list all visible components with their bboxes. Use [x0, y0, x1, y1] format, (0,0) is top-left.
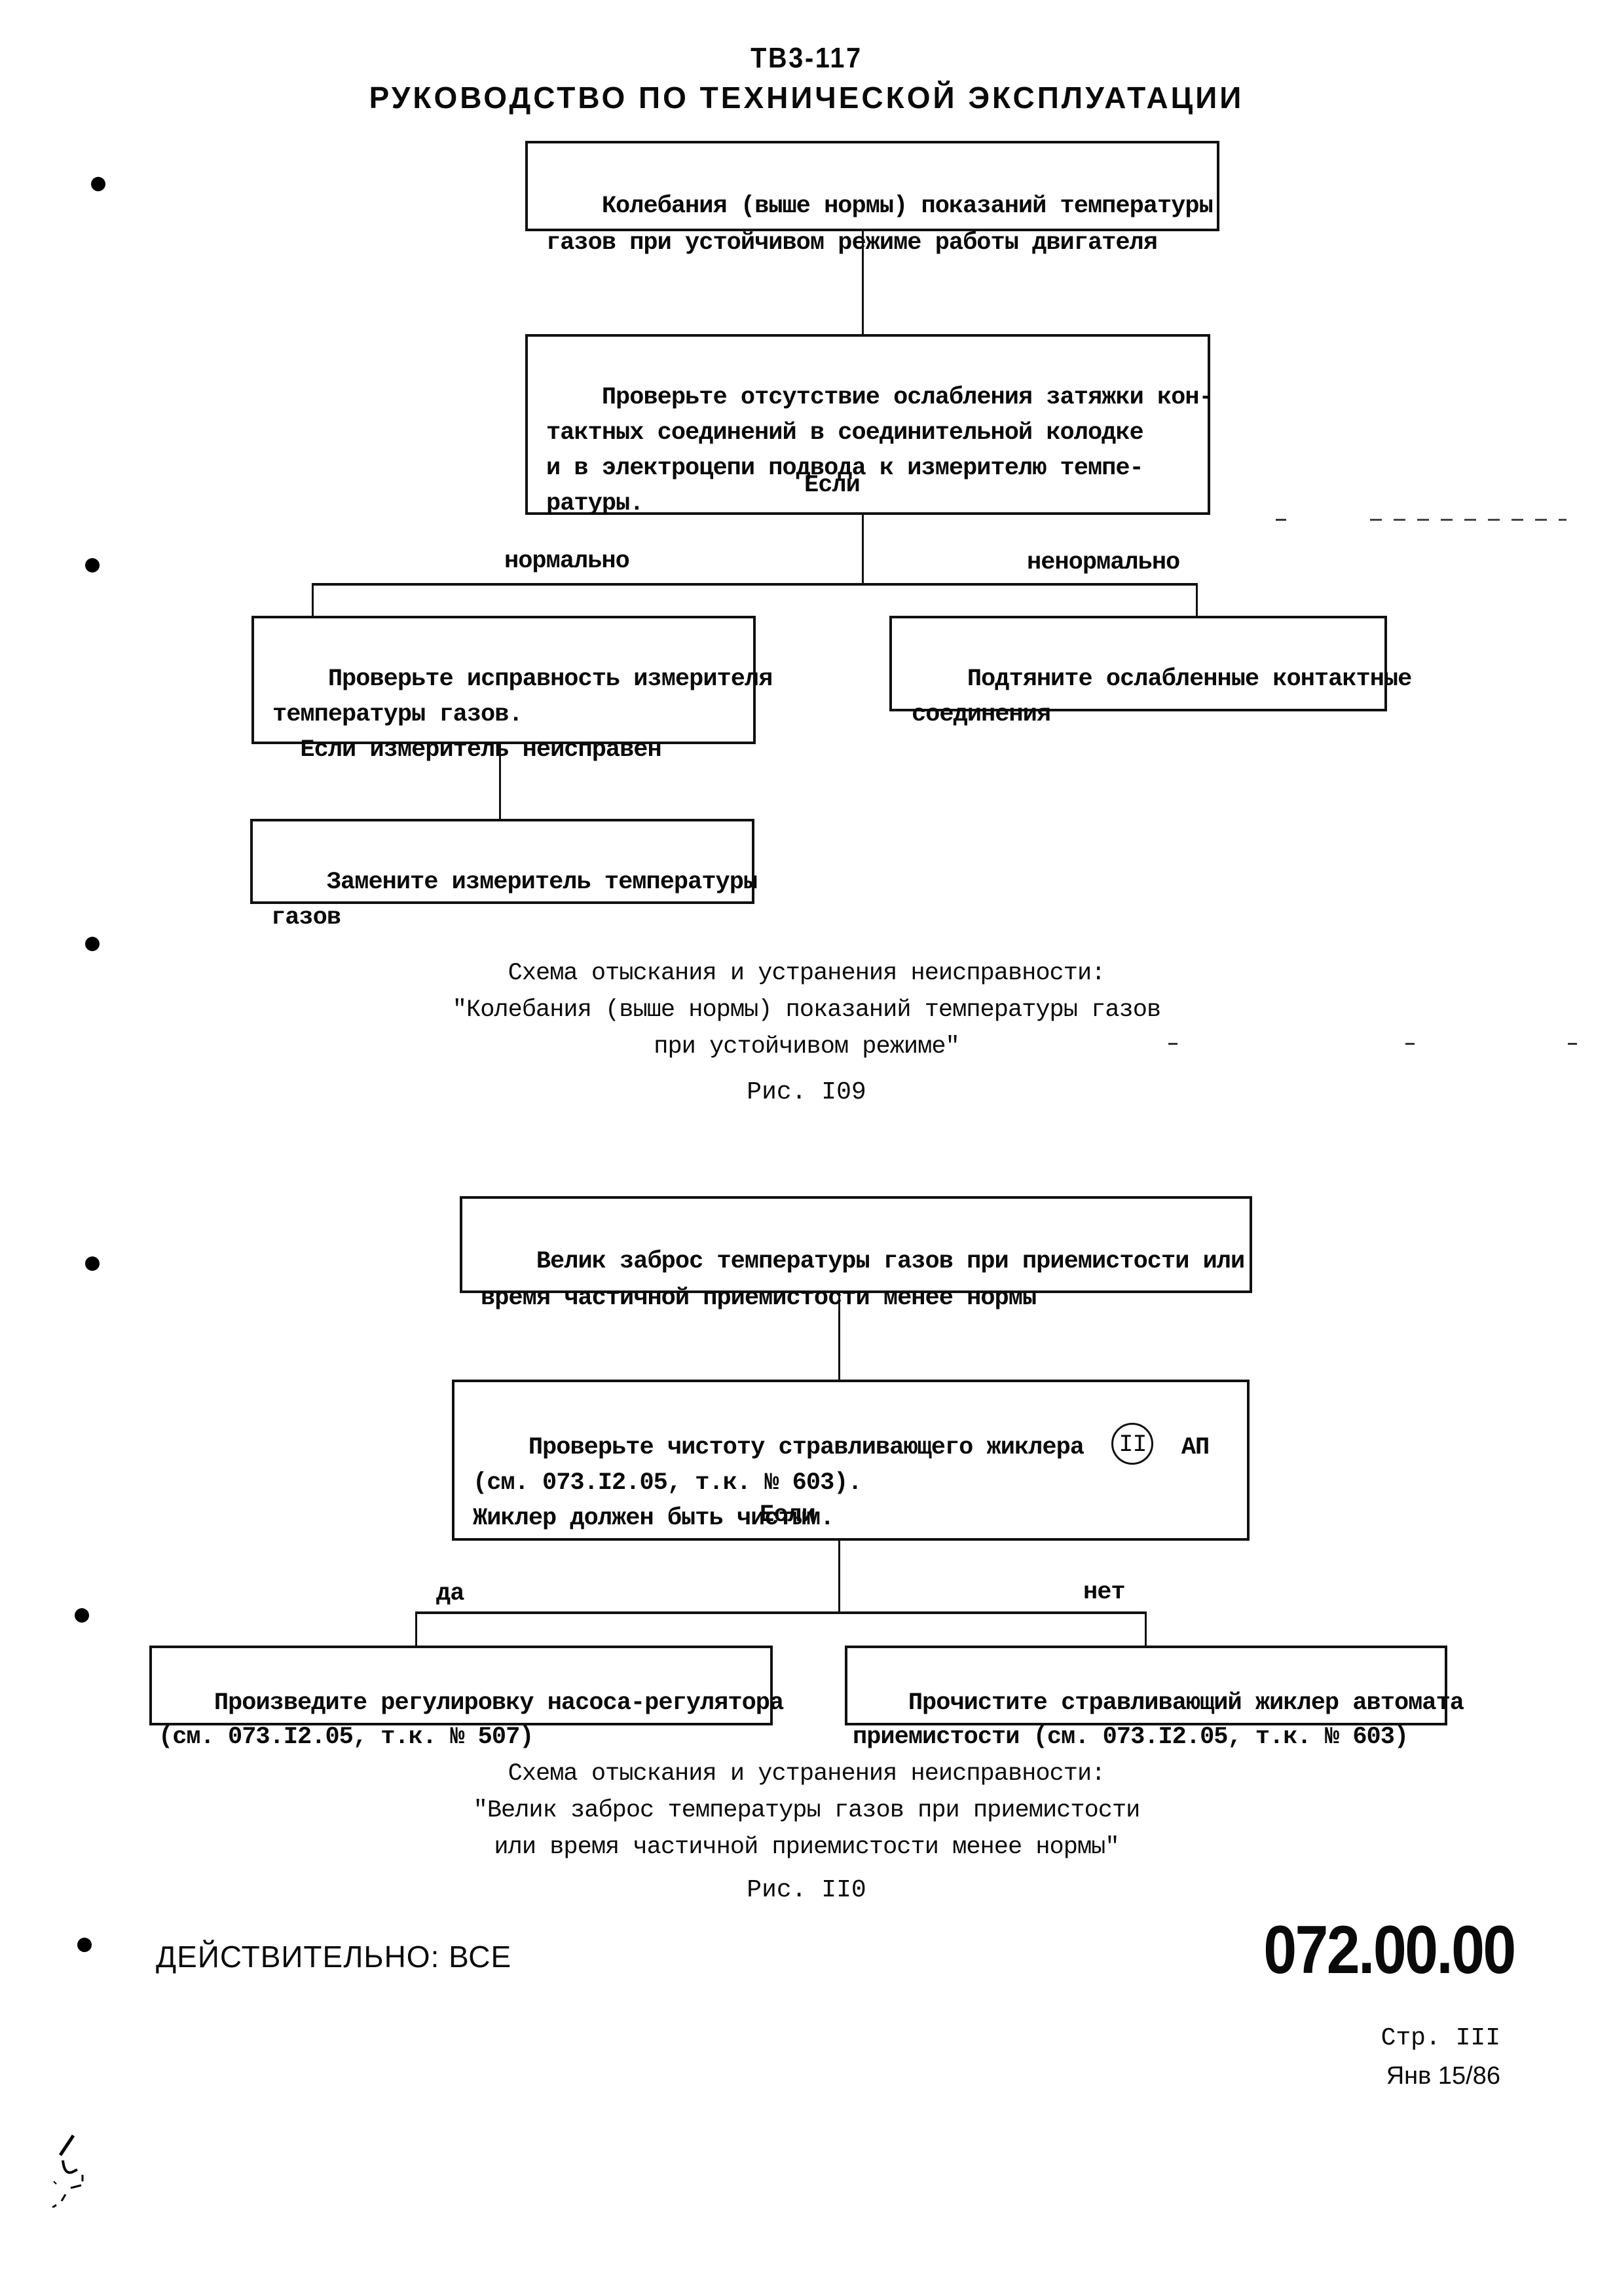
- caption-line: Схема отыскания и устранения неисправнос…: [508, 1760, 1105, 1788]
- figure-109-label: Рис. I09: [0, 1078, 1613, 1106]
- check-contacts-box: Проверьте отсутствие ослабления затяжки …: [525, 334, 1210, 515]
- figure-109-caption: Схема отыскания и устранения неисправнос…: [0, 955, 1613, 1065]
- box-text-line: Замените измеритель температуры: [327, 869, 757, 896]
- box-text-line: температуры газов.: [272, 701, 523, 728]
- box-text-line: Подтяните ослабленные контактные: [967, 666, 1412, 693]
- check-meter-box: Проверьте исправность измерителя темпера…: [251, 616, 756, 744]
- box-text-line: Если измеритель неисправен: [300, 736, 661, 764]
- box-text-line: ратуры.: [546, 490, 643, 518]
- branch-line: [312, 583, 1197, 586]
- connector-line: [862, 231, 864, 336]
- caption-line: Схема отыскания и устранения неисправнос…: [508, 960, 1105, 987]
- branch-label-yes: да: [436, 1580, 464, 1608]
- scan-artifact: [1568, 1043, 1577, 1045]
- caption-line: или время частичной приемистости менее н…: [494, 1834, 1119, 1861]
- unit-code: АП: [1181, 1434, 1209, 1461]
- binder-hole-mark: [91, 177, 105, 191]
- scan-artifact: [1370, 519, 1567, 521]
- box-text-line: газов при устойчивом режиме работы двига…: [546, 229, 1157, 257]
- connector-line: [1196, 583, 1198, 616]
- box-text-line: Колебания (выше нормы) показаний темпера…: [602, 193, 1213, 220]
- fault-symptom-box: Велик заброс температуры газов при прием…: [460, 1196, 1252, 1293]
- box-text-line: соединения: [912, 701, 1050, 728]
- page-number: Стр. III: [1381, 2024, 1500, 2052]
- branch-label-no: нет: [1083, 1579, 1125, 1606]
- caption-line: при устойчивом режиме": [654, 1033, 959, 1061]
- binder-hole-mark: [85, 937, 100, 951]
- circled-mark-icon: II: [1111, 1423, 1153, 1465]
- branch-line: [415, 1611, 1146, 1614]
- connector-line: [499, 744, 501, 820]
- document-code: ТВ3-117: [81, 42, 1532, 75]
- binder-hole-mark: [85, 1256, 100, 1271]
- caption-line: "Велик заброс температуры газов при прие…: [473, 1797, 1140, 1824]
- box-text-line: приемистости (см. 073.I2.05, т.к. № 603): [853, 1723, 1408, 1751]
- adjust-pump-box: Произведите регулировку насоса-регулятор…: [149, 1646, 773, 1725]
- figure-110-caption: Схема отыскания и устранения неисправнос…: [0, 1756, 1613, 1866]
- branch-label-normal: нормально: [504, 548, 629, 575]
- condition-label: Если: [760, 1501, 815, 1529]
- box-text-line: газов: [271, 904, 341, 932]
- condition-label: Если: [804, 472, 860, 499]
- connector-line: [312, 583, 314, 617]
- connector-line: [838, 1541, 840, 1613]
- box-text-line: тактных соединений в соединительной коло…: [546, 419, 1143, 447]
- box-text-line: Проверьте отсутствие ослабления затяжки …: [602, 384, 1213, 411]
- figure-110-label: Рис. II0: [0, 1876, 1613, 1904]
- box-text-line: Проверьте исправность измерителя: [328, 666, 773, 693]
- scan-artifact: [1276, 519, 1286, 521]
- box-text-line: (см. 073.I2.05, т.к. № 603).: [473, 1469, 862, 1497]
- connector-line: [415, 1611, 417, 1647]
- binder-hole-mark: [77, 1938, 92, 1952]
- section-code: 072.00.00: [1264, 1911, 1515, 1989]
- clean-jet-box: Прочистите стравливающий жиклер автомата…: [845, 1646, 1447, 1725]
- scan-artifact: [1405, 1043, 1415, 1045]
- binder-hole-mark: [75, 1608, 89, 1623]
- connector-line: [1145, 1611, 1147, 1647]
- box-text-line: Велик заброс температуры газов при прием…: [536, 1248, 1244, 1275]
- box-text-line: (см. 073.I2.05, т.к. № 507): [158, 1723, 534, 1751]
- validity-note: ДЕЙСТВИТЕЛЬНО: ВСЕ: [156, 1939, 511, 1974]
- replace-meter-box: Замените измеритель температуры газов: [250, 819, 754, 904]
- branch-label-abnormal: ненормально: [1027, 549, 1179, 576]
- scan-artifact: [1168, 1043, 1177, 1045]
- document-title: РУКОВОДСТВО ПО ТЕХНИЧЕСКОЙ ЭКСПЛУАТАЦИИ: [0, 80, 1613, 115]
- revision-date: Янв 15/86: [1386, 2062, 1500, 2090]
- handwritten-mark-icon: [46, 2109, 98, 2208]
- caption-line: "Колебания (выше нормы) показаний темпер…: [453, 996, 1160, 1024]
- check-jet-box: Проверьте чистоту стравливающего жиклера…: [452, 1380, 1250, 1541]
- binder-hole-mark: [85, 558, 100, 573]
- fault-symptom-box: Колебания (выше нормы) показаний темпера…: [525, 141, 1219, 231]
- tighten-contacts-box: Подтяните ослабленные контактные соедине…: [889, 616, 1387, 711]
- box-text-line: Произведите регулировку насоса-регулятор…: [214, 1689, 783, 1717]
- connector-line: [838, 1293, 840, 1381]
- box-text-line: Проверьте чистоту стравливающего жиклера: [528, 1434, 1084, 1461]
- box-text-line: время частичной приемистости менее нормы: [481, 1285, 1036, 1312]
- connector-line: [862, 515, 864, 584]
- box-text-line: Прочистите стравливающий жиклер автомата: [908, 1689, 1464, 1717]
